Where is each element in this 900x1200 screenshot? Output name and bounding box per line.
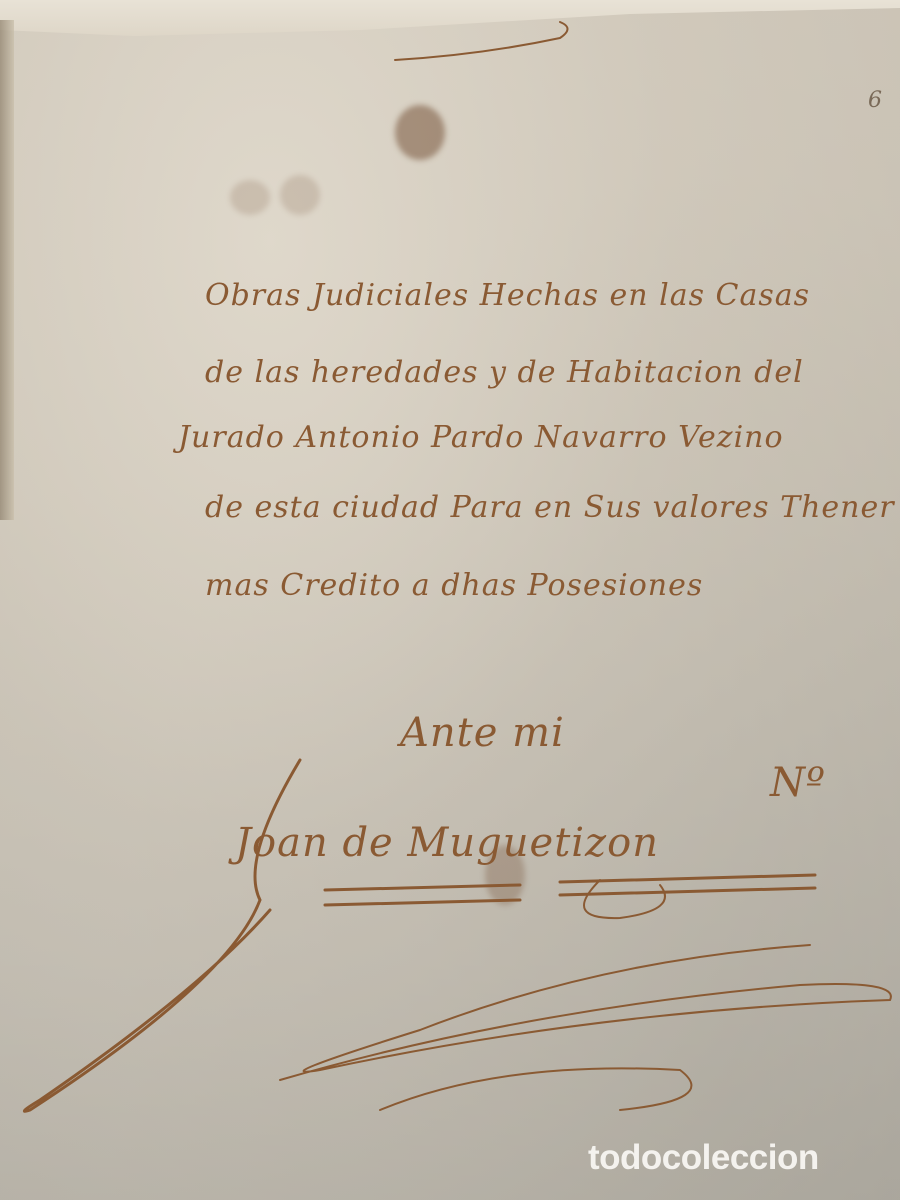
signature-flourish-icon [0,0,900,1200]
watermark-logo: todocoleccion [588,1138,819,1178]
